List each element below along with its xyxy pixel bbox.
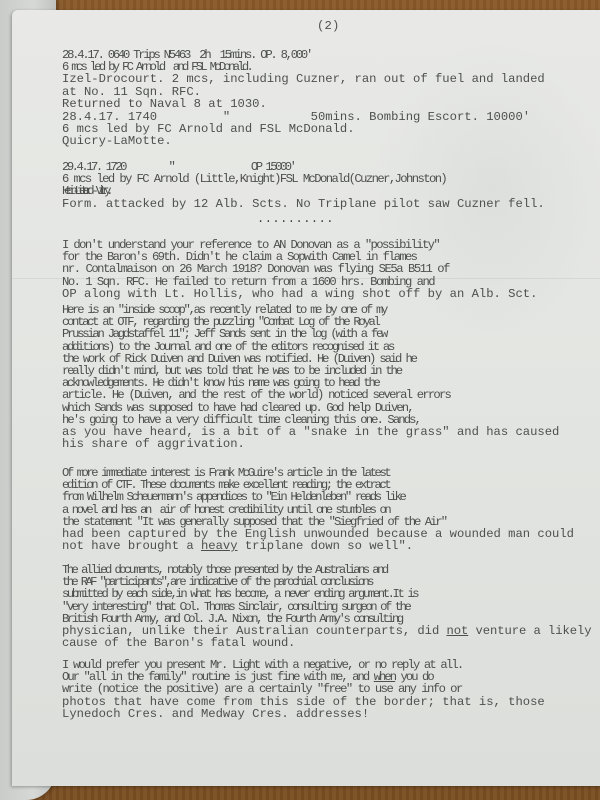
text-line: Henin-Lietard - Vitry. [62, 184, 545, 196]
text-line: acknowledgements. He didn't know his nam… [62, 376, 559, 388]
text-line: Here is an "inside scoop",as recently re… [62, 303, 559, 315]
text-line: physician, unlike their Australian count… [62, 624, 592, 636]
text-line: the statement "It was generally supposed… [62, 515, 574, 527]
text-line: Quicry-LaMotte. [62, 134, 530, 146]
text-line: his share of aggrivation. [62, 437, 559, 449]
paragraph-mcguire: Of more immediate interest is Frank McGu… [62, 466, 574, 551]
text-line: had been captured by the English unwound… [62, 527, 574, 539]
text-line: I would prefer you present Mr. Light wit… [62, 658, 545, 670]
text-line: which Sands was supposed to have had cle… [62, 401, 559, 413]
text-line: 29.4.17. 1720 " OP 15000' [62, 160, 545, 172]
text-line: 6 mcs led by FC Arnold (Little,Knight)FS… [62, 172, 545, 184]
text-line: OP along with Lt. Hollis, who had a wing… [62, 287, 537, 299]
text-line: Of more immediate interest is Frank McGu… [62, 466, 574, 478]
text-line: Form. attacked by 12 Alb. Scts. No Tripl… [62, 197, 545, 209]
text-line: additions) to the Journal and one of the… [62, 340, 559, 352]
text-line: nr. Contalmaison on 26 March 1918? Donov… [62, 262, 537, 274]
text-line: "very interesting" that Col. Thomas Sinc… [62, 600, 592, 612]
text-line: The allied documents, notably those pres… [62, 563, 592, 575]
underlined-word: heavy [201, 539, 238, 553]
text-line: submitted by each side,in what has becom… [62, 587, 592, 599]
text-line: Prussian Jagdstaffel 11"; Jeff Sands sen… [62, 327, 559, 339]
text-line: at No. 11 Sqn. RFC. [62, 85, 545, 97]
text-line: not have brought a heavy triplane down s… [62, 539, 574, 551]
text-line: from Wilhelm Scheuermann's appendices to… [62, 490, 574, 502]
paragraph-allied-documents: The allied documents, notably those pres… [62, 563, 592, 648]
log-entry-1: 28.4.17. 0640 Trips N5463 2h 15mins. OP.… [62, 48, 545, 109]
text-line: Izel-Drocourt. 2 mcs, including Cuzner, … [62, 72, 545, 84]
text-line: No. 1 Sqn. RFC. He failed to return from… [62, 275, 537, 287]
text-line: Our "all in the family" routine is just … [62, 670, 545, 682]
text-line: British Fourth Army, and Col. J.A. Nixon… [62, 612, 592, 624]
text-line: 28.4.17. 0640 Trips N5463 2h 15mins. OP.… [62, 48, 545, 60]
text-line: Returned to Naval 8 at 1030. [62, 97, 545, 109]
text-line: 28.4.17. 1740 " 50mins. Bombing Escort. … [62, 110, 530, 122]
underlined-word: not [446, 624, 468, 638]
text-line: the work of Rick Duiven and Duiven was n… [62, 352, 559, 364]
paragraph-inside-scoop: Here is an "inside scoop",as recently re… [62, 303, 559, 449]
text-line: Lynedoch Cres. and Medway Cres. addresse… [62, 707, 545, 719]
paragraph-donovan: I don't understand your reference to AN … [62, 238, 537, 299]
page-number: (2) [317, 20, 340, 32]
text-line: write (notice the positive) are a certai… [62, 682, 545, 694]
text-line: he's going to have a very difficult time… [62, 413, 559, 425]
text-line: contact at OTF, regarding the puzzling "… [62, 315, 559, 327]
log-entry-2: 28.4.17. 1740 " 50mins. Bombing Escort. … [62, 110, 530, 147]
section-separator: .......... [257, 213, 334, 225]
text-line: as you have heard, is a bit of a "snake … [62, 425, 559, 437]
text-line: 6 mcs led by FC Arnold and FSL McDonald. [62, 60, 545, 72]
text-line: really didn't mind, but was told that he… [62, 364, 559, 376]
typewritten-letter-page: (2) 28.4.17. 0640 Trips N5463 2h 15mins.… [12, 10, 600, 786]
text-line: cause of the Baron's fatal wound. [62, 636, 592, 648]
text-line: for the Baron's 69th. Didn't he claim a … [62, 250, 537, 262]
text-line: the RAF "participants",are indicative of… [62, 575, 592, 587]
text-line: edition of CTF. These documents make exc… [62, 478, 574, 490]
paragraph-mr-light: I would prefer you present Mr. Light wit… [62, 658, 545, 719]
text-line: article. He (Duiven, and the rest of the… [62, 388, 559, 400]
text-line: 6 mcs led by FC Arnold and FSL McDonald. [62, 122, 530, 134]
log-entry-3: 29.4.17. 1720 " OP 15000' 6 mcs led by F… [62, 160, 545, 209]
text-line: I don't understand your reference to AN … [62, 238, 537, 250]
text-line: a novel and has an air of honest credibi… [62, 503, 574, 515]
text-line: photos that have come from this side of … [62, 695, 545, 707]
